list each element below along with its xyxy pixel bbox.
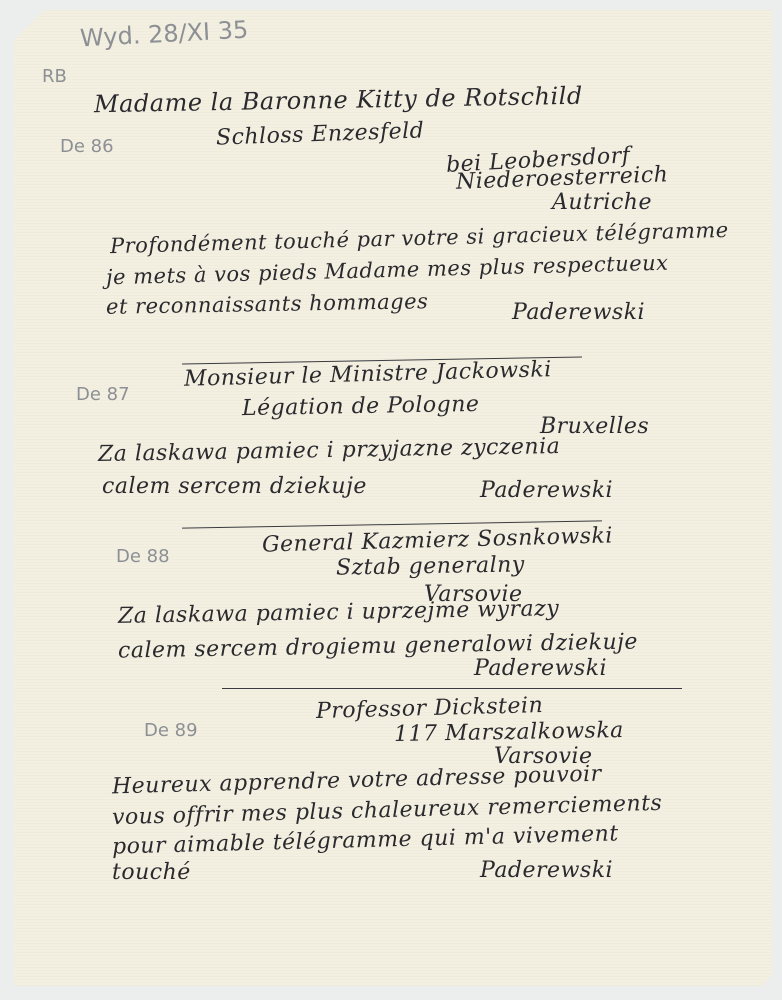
entry-ref: De 89	[144, 722, 198, 740]
entry-address-line: Légation de Pologne	[242, 394, 480, 420]
pencil-initials: RB	[42, 68, 67, 86]
signature: Paderewski	[480, 480, 613, 502]
entry-ref: De 86	[60, 138, 114, 156]
signature: Paderewski	[512, 302, 645, 324]
signature: Paderewski	[480, 860, 613, 882]
entry-body-line: touché	[112, 862, 191, 884]
entry-ref: De 87	[76, 386, 130, 404]
entry-address-line: Sztab generalny	[336, 554, 525, 579]
entry-body-line: et reconnaissants hommages	[106, 291, 429, 318]
divider-line	[222, 688, 682, 689]
entry-ref: De 88	[116, 548, 170, 566]
entry-address-line: 117 Marszalkowska	[394, 720, 624, 746]
entry-body-line: calem sercem dziekuje	[102, 476, 367, 498]
signature: Paderewski	[474, 658, 607, 680]
entry-address-line: Autriche	[552, 192, 652, 214]
entry-addressee: Professor Dickstein	[316, 695, 544, 723]
